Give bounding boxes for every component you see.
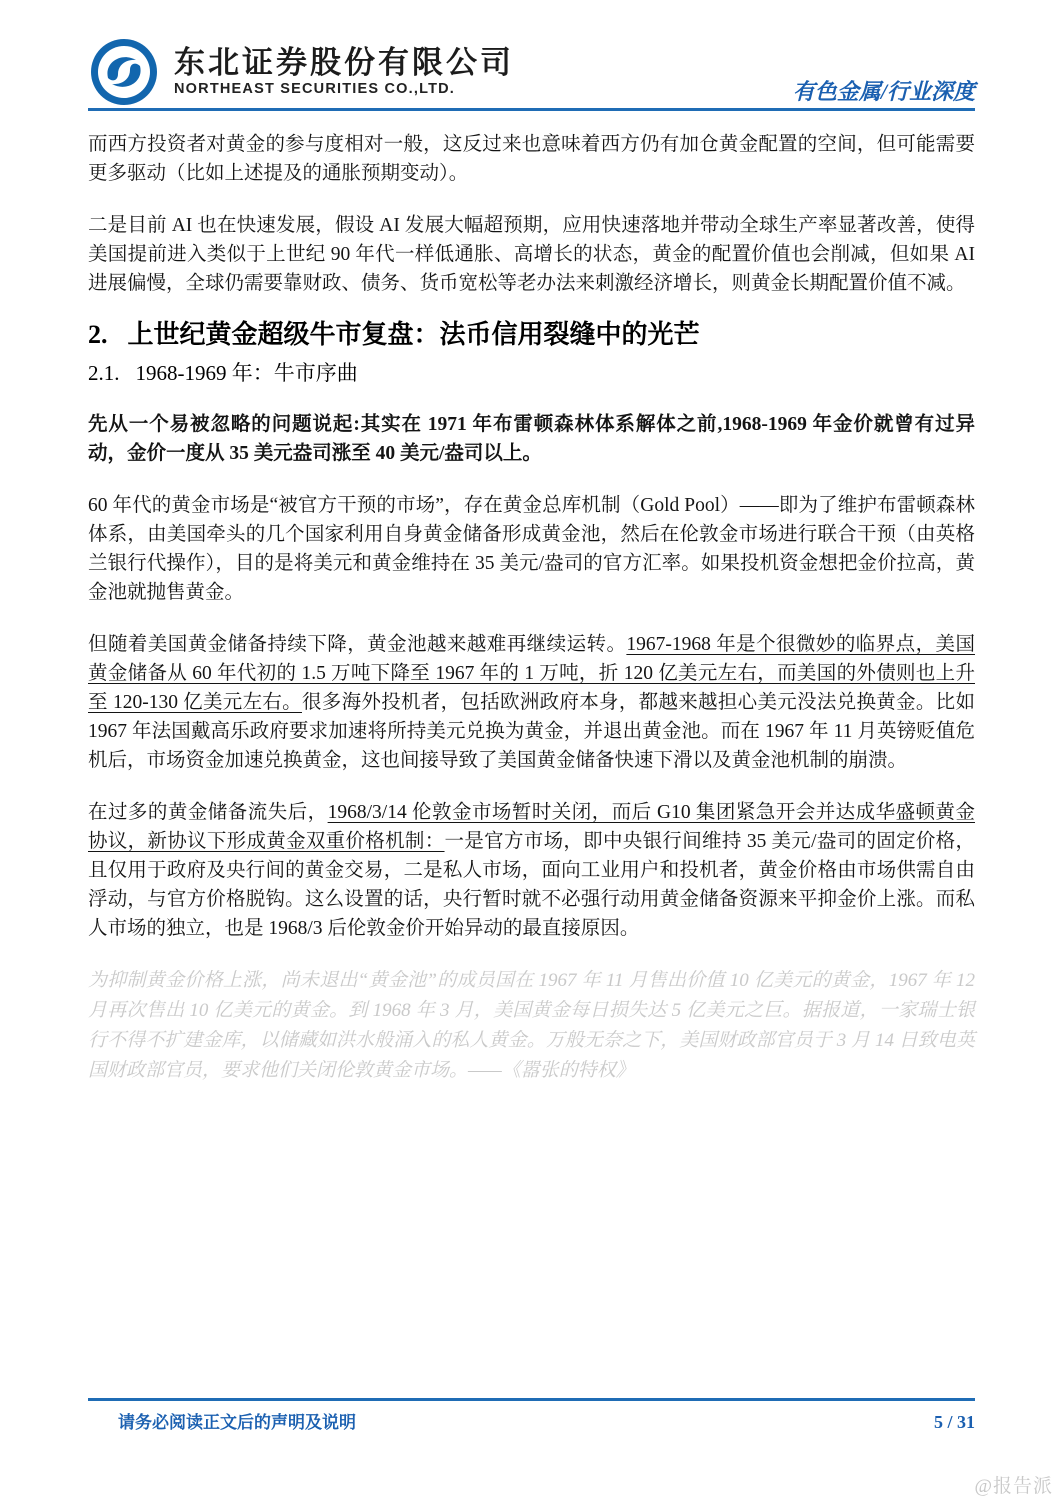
plain-text: 在过多的黄金储备流失后， — [88, 802, 328, 823]
report-category-label: 有色金属/行业深度 — [793, 75, 975, 106]
subsection-heading: 2.1.1968-1969 年：牛市序曲 — [88, 360, 975, 386]
company-name-block: 东北证券股份有限公司 NORTHEAST SECURITIES CO.,LTD. — [174, 46, 514, 98]
page-header: 东北证券股份有限公司 NORTHEAST SECURITIES CO.,LTD.… — [88, 0, 975, 120]
section-heading: 2.上世纪黄金超级牛市复盘：法币信用裂缝中的光芒 — [88, 318, 975, 352]
paragraph-two-tier-market: 在过多的黄金储备流失后，1968/3/14 伦敦金市场暂时关闭，而后 G10 集… — [88, 798, 975, 943]
company-brand: 东北证券股份有限公司 NORTHEAST SECURITIES CO.,LTD. — [88, 36, 514, 108]
subsection-number: 2.1. — [88, 360, 120, 386]
paragraph-western-investors: 而西方投资者对黄金的参与度相对一般，这反过来也意味着西方仍有加仓黄金配置的空间，… — [88, 130, 975, 188]
page-number: 5 / 31 — [934, 1412, 975, 1433]
subsection-title: 1968-1969 年：牛市序曲 — [136, 361, 358, 385]
company-name-cn: 东北证券股份有限公司 — [174, 46, 514, 80]
page-footer: 请务必阅读正文后的声明及说明 5 / 31 — [88, 1398, 975, 1433]
plain-text: 但随着美国黄金储备持续下降，黄金池越来越难再继续运转。 — [88, 634, 626, 655]
footer-divider — [88, 1398, 975, 1401]
report-page: 东北证券股份有限公司 NORTHEAST SECURITIES CO.,LTD.… — [0, 0, 1061, 1500]
section-title: 上世纪黄金超级牛市复盘：法币信用裂缝中的光芒 — [128, 320, 700, 349]
footer-disclaimer: 请务必阅读正文后的声明及说明 — [118, 1408, 356, 1433]
paragraph-bold-intro: 先从一个易被忽略的问题说起:其实在 1971 年布雷顿森林体系解体之前,1968… — [88, 410, 975, 468]
section-number: 2. — [88, 318, 108, 352]
paragraph-reserve-decline: 但随着美国黄金储备持续下降，黄金池越来越难再继续运转。1967-1968 年是个… — [88, 630, 975, 775]
paragraph-quote-citation: 为抑制黄金价格上涨，尚未退出“黄金池”的成员国在 1967 年 11 月售出价值… — [88, 966, 975, 1086]
company-name-en: NORTHEAST SECURITIES CO.,LTD. — [174, 80, 514, 98]
report-body: 而西方投资者对黄金的参与度相对一般，这反过来也意味着西方仍有加仓黄金配置的空间，… — [88, 130, 975, 1086]
watermark-label: @报告派 — [975, 1471, 1054, 1498]
company-logo-icon — [88, 36, 160, 108]
footer-row: 请务必阅读正文后的声明及说明 5 / 31 — [88, 1408, 975, 1433]
header-divider — [88, 108, 975, 111]
paragraph-ai-scenario: 二是目前 AI 也在快速发展，假设 AI 发展大幅超预期，应用快速落地并带动全球… — [88, 211, 975, 298]
paragraph-gold-pool: 60 年代的黄金市场是“被官方干预的市场”，存在黄金总库机制（Gold Pool… — [88, 491, 975, 607]
